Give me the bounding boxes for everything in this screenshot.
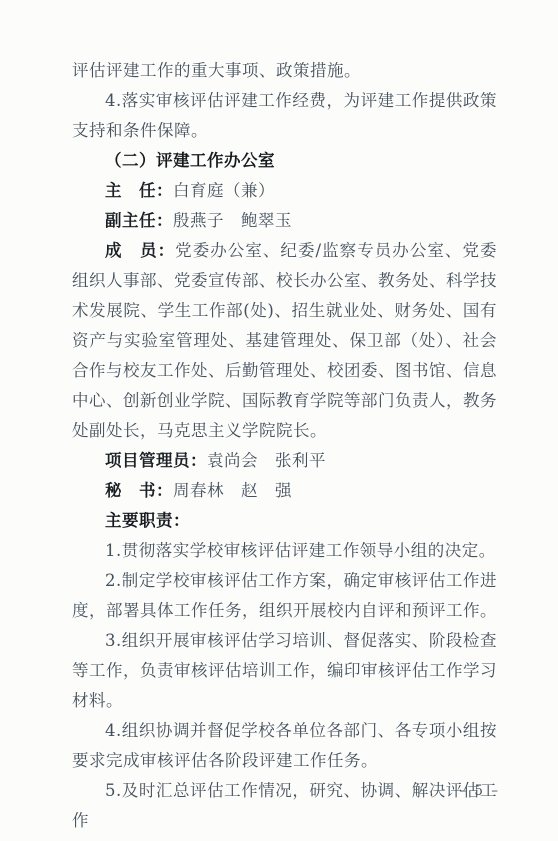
paragraph-text: 4.组织协调并督促学校各单位各部门、各专项小组按要求完成审核评估各阶段评建工作任… (72, 721, 497, 770)
heading-text: 主要职责： (105, 511, 190, 530)
paragraph-text: 4.落实审核评估评建工作经费，为评建工作提供政策支持和条件保障。 (72, 91, 497, 140)
line-director: 主 任：白育庭（兼） (72, 176, 497, 206)
para-duty-3: 3.组织开展审核评估学习培训、督促落实、阶段检查等工作，负责审核评估培训工作，编… (72, 626, 497, 716)
line-secretaries: 秘 书：周春林 赵 强 (72, 476, 497, 506)
document-page: 评估评建工作的重大事项、政策措施。 4.落实审核评估评建工作经费，为评建工作提供… (0, 0, 558, 841)
role-label: 项目管理员： (105, 451, 207, 470)
para-item-4-funding: 4.落实审核评估评建工作经费，为评建工作提供政策支持和条件保障。 (72, 86, 497, 146)
paragraph-text: 1.贯彻落实学校审核评估评建工作领导小组的决定。 (105, 541, 496, 560)
para-duty-2: 2.制定学校审核评估工作方案，确定审核评估工作进度，部署具体工作任务，组织开展校… (72, 566, 497, 626)
role-label: 秘 书： (105, 481, 173, 500)
role-names: 周春林 赵 强 (173, 481, 292, 500)
para-duty-4: 4.组织协调并督促学校各单位各部门、各专项小组按要求完成审核评估各阶段评建工作任… (72, 716, 497, 776)
role-names: 殷燕子 鲍翠玉 (173, 211, 292, 230)
paragraph-text: 5.及时汇总评估工作情况，研究、协调、解决评估工作 (72, 781, 497, 830)
role-names: 白育庭（兼） (173, 181, 275, 200)
para-continuation: 评估评建工作的重大事项、政策措施。 (72, 56, 497, 86)
page-number: – 5 – (459, 783, 500, 799)
role-names: 袁尚会 张利平 (207, 451, 326, 470)
section-heading-text: （二）评建工作办公室 (105, 151, 275, 170)
members-list: 党委办公室、纪委/监察专员办公室、党委组织人事部、党委宣传部、校长办公室、教务处… (72, 241, 497, 440)
para-duty-5: 5.及时汇总评估工作情况，研究、协调、解决评估工作 (72, 776, 497, 836)
heading-main-duties: 主要职责： (72, 506, 497, 536)
paragraph-text: 2.制定学校审核评估工作方案，确定审核评估工作进度，部署具体工作任务，组织开展校… (72, 571, 497, 620)
section-heading-office: （二）评建工作办公室 (72, 146, 497, 176)
role-label: 主 任： (105, 181, 173, 200)
role-label: 副主任： (105, 211, 173, 230)
text-block: 评估评建工作的重大事项、政策措施。 4.落实审核评估评建工作经费，为评建工作提供… (72, 56, 497, 836)
para-members: 成 员：党委办公室、纪委/监察专员办公室、党委组织人事部、党委宣传部、校长办公室… (72, 236, 497, 446)
role-label: 成 员： (105, 241, 175, 260)
line-deputy-director: 副主任：殷燕子 鲍翠玉 (72, 206, 497, 236)
para-duty-1: 1.贯彻落实学校审核评估评建工作领导小组的决定。 (72, 536, 497, 566)
paragraph-text: 评估评建工作的重大事项、政策措施。 (72, 61, 361, 80)
paragraph-text: 3.组织开展审核评估学习培训、督促落实、阶段检查等工作，负责审核评估培训工作，编… (72, 631, 497, 710)
line-project-managers: 项目管理员：袁尚会 张利平 (72, 446, 497, 476)
